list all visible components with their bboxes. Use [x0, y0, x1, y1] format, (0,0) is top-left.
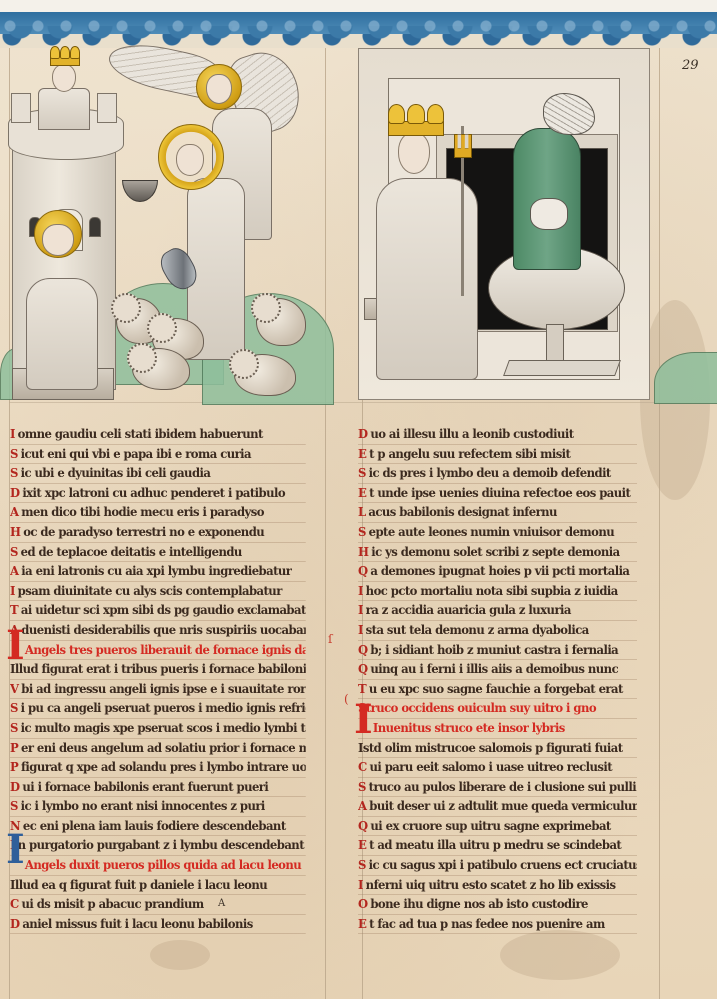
line-text: ic cu sagus xpi i patibulo cruens ect cr… [369, 857, 637, 872]
line-initial: T [10, 602, 18, 617]
line-initial: C [10, 896, 19, 911]
text-line: Illud ea q figurat fuit p daniele i lacu… [10, 876, 306, 896]
bird-emblem [530, 198, 568, 230]
top-margin [0, 0, 717, 12]
quire-signature: A [218, 898, 225, 909]
line-text: nferni uiq uitru esto scatet z ho lib ex… [366, 877, 616, 892]
line-text: ic ds pres i lymbo deu a demoib defendit [369, 465, 611, 480]
line-text: uinq au i ferni i illis aiis a demoibus … [370, 661, 618, 676]
line-text: t p angelu suu refectem sibi misit [369, 446, 570, 461]
illustration-right [358, 48, 648, 398]
text-line: Nec eni plena iam lauis fodiere descende… [10, 817, 306, 837]
line-initial: T [358, 681, 366, 696]
daniel-robe [26, 278, 98, 390]
line-text: n purgatorio purgabant z i lymbu descend… [18, 837, 304, 852]
line-initial: O [358, 896, 368, 911]
text-line: Duo ai illesu illu a leonib custodiuit [358, 425, 637, 445]
text-line: Si pu ca angeli pseruat pueros i medio i… [10, 699, 306, 719]
line-initial: S [358, 465, 366, 480]
illustration-left [12, 48, 330, 400]
text-line: Sic multo magis xpe pseruat scos i medio… [10, 719, 306, 739]
line-initial: Q [358, 563, 368, 578]
text-line: Vbi ad ingressu angeli ignis ipse e i su… [10, 680, 306, 700]
cloud-border-decoration [0, 12, 717, 48]
line-initial: E [358, 485, 366, 500]
text-line: Ista sut tela demonu z arma dyabolica [358, 621, 637, 641]
marginal-mark: ſ [328, 632, 332, 646]
stain [500, 930, 620, 980]
text-line: Et unde ipse uenies diuina refectoe eos … [358, 484, 637, 504]
line-initial: I [358, 622, 363, 637]
line-text: t unde ipse uenies diuina refectoe eos p… [369, 485, 630, 500]
line-initial: A [10, 504, 18, 519]
text-line: Struco occidens ouiculm suy uitro i gno [358, 699, 637, 719]
line-text: ixit xpc latroni cu adhuc penderet i pat… [22, 485, 285, 500]
text-line: Aduenisti desiderabilis que nris suspiri… [10, 621, 306, 641]
line-text: acus babilonis designat infernu [368, 504, 557, 519]
text-line: Cui ds misit p abacuc prandium [10, 895, 306, 915]
stain [150, 940, 210, 970]
decorated-initial: I [6, 626, 25, 666]
text-line: Struco au pulos liberare de i clusione s… [358, 778, 637, 798]
text-line: In purgatorio purgabant z i lymbu descen… [10, 836, 306, 856]
text-line: Angels duxit pueros pillos quida ad lacu… [10, 856, 306, 876]
manuscript-page: 29 Iomne gaudiu celi stati ibidem habuer… [0, 0, 717, 999]
folio-number: 29 [682, 58, 699, 73]
line-initial: E [358, 916, 366, 931]
line-text: ec eni plena iam lauis fodiere descendeb… [23, 818, 286, 833]
line-initial: L [358, 504, 366, 519]
line-initial: C [358, 759, 367, 774]
text-column-right: Duo ai illesu illu a leonib custodiuitEt… [358, 425, 658, 934]
line-initial: S [358, 524, 366, 539]
bowl-icon [122, 180, 158, 202]
crowned-figure-face [52, 64, 76, 92]
lion [234, 354, 296, 396]
line-text: omne gaudiu celi stati ibidem habuerunt [18, 426, 263, 441]
crown-icon [388, 106, 442, 136]
line-initial: Q [358, 818, 368, 833]
daniel-face [42, 224, 74, 256]
text-line: Inuenitus struco ete insor lybris [358, 719, 637, 739]
text-line: Tai uidetur sci xpm sibi ds pg gaudio ex… [10, 601, 306, 621]
scepter-head-icon [454, 134, 472, 158]
text-line: Ipsam diuinitate cu alys scis contemplab… [10, 582, 306, 602]
text-line: Sic i lymbo no erant nisi innocentes z p… [10, 797, 306, 817]
line-text: ui paru eeit salomo i uase uitreo reclus… [369, 759, 612, 774]
text-line: Et ad meatu illa uitru p medru se scinde… [358, 836, 637, 856]
line-initial: I [10, 426, 15, 441]
ruling-line [659, 48, 660, 999]
text-line: Amen dico tibi hodie mecu eris i paradys… [10, 503, 306, 523]
line-initial: S [358, 857, 366, 872]
king-face [398, 132, 430, 174]
line-initial: E [358, 837, 366, 852]
line-text: ai uidetur sci xpm sibi ds pg gaudio exc… [21, 602, 306, 617]
text-line: Quinq au i ferni i illis aiis a demoibus… [358, 660, 637, 680]
line-text: Illud figurat erat i tribus pueris i for… [10, 661, 306, 676]
line-initial: P [10, 740, 18, 755]
line-initial: I [358, 602, 363, 617]
text-line: Aia eni latronis cu aia xpi lymbu ingred… [10, 562, 306, 582]
line-initial: A [10, 563, 18, 578]
line-initial: Q [358, 642, 368, 657]
text-line: Obone ihu digne nos ab isto custodire [358, 895, 637, 915]
line-text: i pu ca angeli pseruat pueros i medio ig… [21, 700, 306, 715]
prophet-face [176, 144, 204, 176]
ruling-line [9, 402, 659, 403]
marginal-mark: ( [344, 692, 349, 706]
line-initial: S [358, 779, 366, 794]
text-line: Hic ys demonu solet scribi z septe demon… [358, 543, 637, 563]
line-initial: E [358, 446, 366, 461]
line-text: ic ys demonu solet scribi z septe demoni… [371, 544, 619, 559]
line-initial: S [10, 544, 18, 559]
line-text: sta sut tela demonu z arma dyabolica [366, 622, 589, 637]
line-text: bone ihu digne nos ab isto custodire [370, 896, 588, 911]
text-line: Pfigurat q xpe ad solandu pres i lymbo i… [10, 758, 306, 778]
line-text: u eu xpc suo sagne fauchie a forgebat er… [369, 681, 623, 696]
text-line: Sic cu sagus xpi i patibulo cruens ect c… [358, 856, 637, 876]
text-line: Et p angelu suu refectem sibi misit [358, 445, 637, 465]
line-initial: S [10, 700, 18, 715]
line-text: ic i lymbo no erant nisi innocentes z pu… [21, 798, 265, 813]
line-text: ia eni latronis cu aia xpi lymbu ingredi… [21, 563, 291, 578]
tower-window [89, 217, 101, 237]
line-initial: V [10, 681, 18, 696]
line-initial: Q [358, 661, 368, 676]
text-line: Istd olim mistrucoe salomois p figurati … [358, 739, 637, 759]
text-line: Qb; i sidiant hoib z muniut castra i fer… [358, 641, 637, 661]
line-text: hoc pcto mortaliu nota sibi supbia z iui… [366, 583, 618, 598]
text-line: Dui i fornace babilonis erant fuerunt pu… [10, 778, 306, 798]
text-line: Daniel missus fuit i lacu leonu babiloni… [10, 915, 306, 935]
line-initial: H [358, 544, 368, 559]
text-line: Angels tres pueros liberauit de fornace … [10, 641, 306, 661]
text-column-left: Iomne gaudiu celi stati ibidem habuerunt… [10, 425, 328, 934]
line-text: Inuenitus struco ete insor lybris [373, 720, 565, 735]
line-text: epte aute leones numin vniuisor demonu [369, 524, 615, 539]
line-initial: D [10, 916, 20, 931]
line-text: ui ds misit p abacuc prandium [21, 896, 203, 911]
line-text: a demones ipugnat hoies p vii pcti morta… [370, 563, 629, 578]
text-line: Illud figurat erat i tribus pueris i for… [10, 660, 306, 680]
line-initial: S [10, 720, 18, 735]
text-line: Lacus babilonis designat infernu [358, 503, 637, 523]
line-text: Istd olim mistrucoe salomois p figurati … [358, 740, 623, 755]
line-text: er eni deus angelum ad solatiu prior i f… [21, 740, 306, 755]
line-text: psam diuinitate cu alys scis contemplaba… [18, 583, 282, 598]
line-text: figurat q xpe ad solandu pres i lymbo in… [21, 759, 306, 774]
line-text: aniel missus fuit i lacu leonu babilonis [22, 916, 252, 931]
line-text: Struco occidens ouiculm suy uitro i gno [358, 700, 596, 715]
text-line: Et fac ad tua p nas fedee nos puenire am [358, 915, 637, 935]
text-line: Sicut eni qui vbi e papa ibi e roma curi… [10, 445, 306, 465]
text-line: Ira z accidia auaricia gula z luxuria [358, 601, 637, 621]
line-text: b; i sidiant hoib z muniut castra i fern… [370, 642, 618, 657]
merlon [97, 93, 117, 123]
crown-icon [50, 48, 78, 66]
line-initial: I [10, 583, 15, 598]
decorated-initial: I [354, 700, 373, 740]
text-line: Sic ubi e dyuinitas ibi celi gaudia [10, 464, 306, 484]
decorated-initial: I [6, 830, 25, 870]
line-text: ed de teplacoe deitatis e intelligendu [21, 544, 242, 559]
line-text: ui ex cruore sup uitru sagne exprimebat [370, 818, 610, 833]
text-line: Qa demones ipugnat hoies p vii pcti mort… [358, 562, 637, 582]
text-line: Dixit xpc latroni cu adhuc penderet i pa… [10, 484, 306, 504]
text-line: Sic ds pres i lymbo deu a demoib defendi… [358, 464, 637, 484]
line-text: buit deser ui z adtulit mue queda vermic… [369, 798, 637, 813]
line-text: t ad meatu illa uitru p medru se scindeb… [369, 837, 621, 852]
line-initial: H [10, 524, 20, 539]
lion [132, 348, 190, 390]
line-text: men dico tibi hodie mecu eris i paradyso [21, 504, 264, 519]
line-text: Angels tres pueros liberauit de fornace … [25, 642, 306, 657]
line-text: icut eni qui vbi e papa ibi e roma curia [21, 446, 251, 461]
text-line: Qui ex cruore sup uitru sagne exprimebat [358, 817, 637, 837]
line-initial: I [358, 877, 363, 892]
text-line: Septe aute leones numin vniuisor demonu [358, 523, 637, 543]
line-text: ic multo magis xpe pseruat scos i medio … [21, 720, 306, 735]
text-line: Sed de teplacoe deitatis e intelligendu [10, 543, 306, 563]
crowned-figure-robe [38, 88, 90, 130]
line-initial: P [10, 759, 18, 774]
text-line: Inferni uiq uitru esto scatet z ho lib e… [358, 876, 637, 896]
line-text: Angels duxit pueros pillos quida ad lacu… [25, 857, 301, 872]
line-initial: A [358, 798, 366, 813]
text-line: Iomne gaudiu celi stati ibidem habuerunt [10, 425, 306, 445]
merlon [11, 93, 31, 123]
line-initial: S [10, 446, 18, 461]
text-line: Hoc de paradyso terrestri no e exponendu [10, 523, 306, 543]
text-line: Cui paru eeit salomo i uase uitreo reclu… [358, 758, 637, 778]
line-text: truco au pulos liberare de i clusione su… [369, 779, 636, 794]
line-initial: D [10, 485, 20, 500]
line-initial: D [358, 426, 368, 441]
line-text: duenisti desiderabilis que nris suspirii… [21, 622, 305, 637]
cloud-puffs [0, 16, 717, 34]
line-text: uo ai illesu illu a leonib custodiuit [370, 426, 573, 441]
text-line: Per eni deus angelum ad solatiu prior i … [10, 739, 306, 759]
line-initial: D [10, 779, 20, 794]
line-initial: I [358, 583, 363, 598]
line-text: oc de paradyso terrestri no e exponendu [23, 524, 264, 539]
line-text: t fac ad tua p nas fedee nos puenire am [369, 916, 605, 931]
line-text: ui i fornace babilonis erant fuerunt pue… [22, 779, 268, 794]
angel-face [206, 74, 232, 104]
line-initial: S [10, 798, 18, 813]
line-text: bi ad ingressu angeli ignis ipse e i sua… [21, 681, 305, 696]
line-text: ra z accidia auaricia gula z luxuria [366, 602, 571, 617]
text-line: Abuit deser ui z adtulit mue queda vermi… [358, 797, 637, 817]
line-initial: S [10, 465, 18, 480]
line-text: Illud ea q figurat fuit p daniele i lacu… [10, 877, 267, 892]
text-line: Tu eu xpc suo sagne fauchie a forgebat e… [358, 680, 637, 700]
table-foot [503, 360, 621, 376]
line-text: ic ubi e dyuinitas ibi celi gaudia [21, 465, 211, 480]
text-line: Ihoc pcto mortaliu nota sibi supbia z iu… [358, 582, 637, 602]
